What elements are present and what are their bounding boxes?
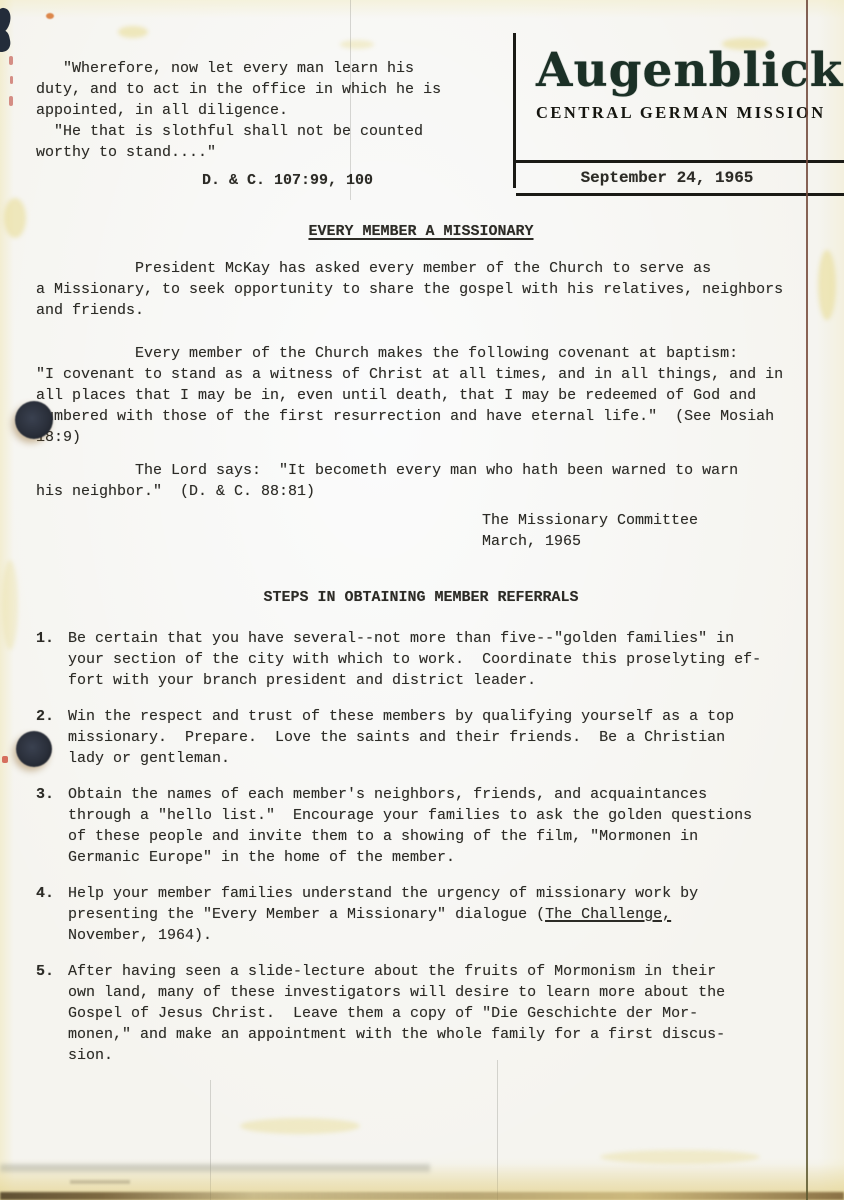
step-text: After having seen a slide-lecture about … [68,961,725,1066]
steps-heading: STEPS IN OBTAINING MEMBER REFERRALS [36,587,806,608]
steps-list: 1. Be certain that you have several--not… [36,628,806,1066]
signature-block: The Missionary Committee March, 1965 [482,510,806,552]
masthead-title: Augenblick [536,47,844,94]
step-number: 4. [36,883,68,946]
step-number: 5. [36,961,68,1066]
step-text: Be certain that you have several--not mo… [68,628,761,691]
step-item-1: 1. Be certain that you have several--not… [36,628,806,691]
page-fold-line [806,0,808,1200]
bottom-edge-shadow [0,1192,844,1200]
paragraph-lord-says: The Lord says: "It becometh every man wh… [36,460,806,502]
step-number: 1. [36,628,68,691]
masthead-date: September 24, 1965 [516,163,844,196]
paper-stain [2,560,18,650]
step-text: Win the respect and trust of these membe… [68,706,734,769]
paper-stain [600,1150,760,1164]
paragraph-president-mckay: President McKay has asked every member o… [36,258,806,321]
step-text-after: November, 1964). [68,927,212,944]
step-text: Help your member families understand the… [68,883,698,946]
paragraph-covenant: Every member of the Church makes the fol… [36,343,806,448]
masthead-subtitle: CENTRAL GERMAN MISSION [536,103,844,123]
scanned-newsletter-page: Augenblick CENTRAL GERMAN MISSION Septem… [0,0,844,1200]
underlined-title-the-challenge: The Challenge, [545,906,671,923]
punch-hole-middle [16,731,52,767]
step-text: Obtain the names of each member's neighb… [68,784,752,868]
step-item-3: 3. Obtain the names of each member's nei… [36,784,806,868]
article-headline: EVERY MEMBER A MISSIONARY [36,221,806,242]
paper-stain [240,1118,360,1134]
punch-hole-top [15,401,53,439]
paper-stain [818,250,836,320]
step-item-2: 2. Win the respect and trust of these me… [36,706,806,769]
paper-stain [4,198,26,238]
step-number: 3. [36,784,68,868]
step-item-5: 5. After having seen a slide-lecture abo… [36,961,806,1066]
step-item-4: 4. Help your member families understand … [36,883,806,946]
masthead: Augenblick CENTRAL GERMAN MISSION Septem… [513,33,844,188]
masthead-top-section: Augenblick CENTRAL GERMAN MISSION [516,47,844,163]
